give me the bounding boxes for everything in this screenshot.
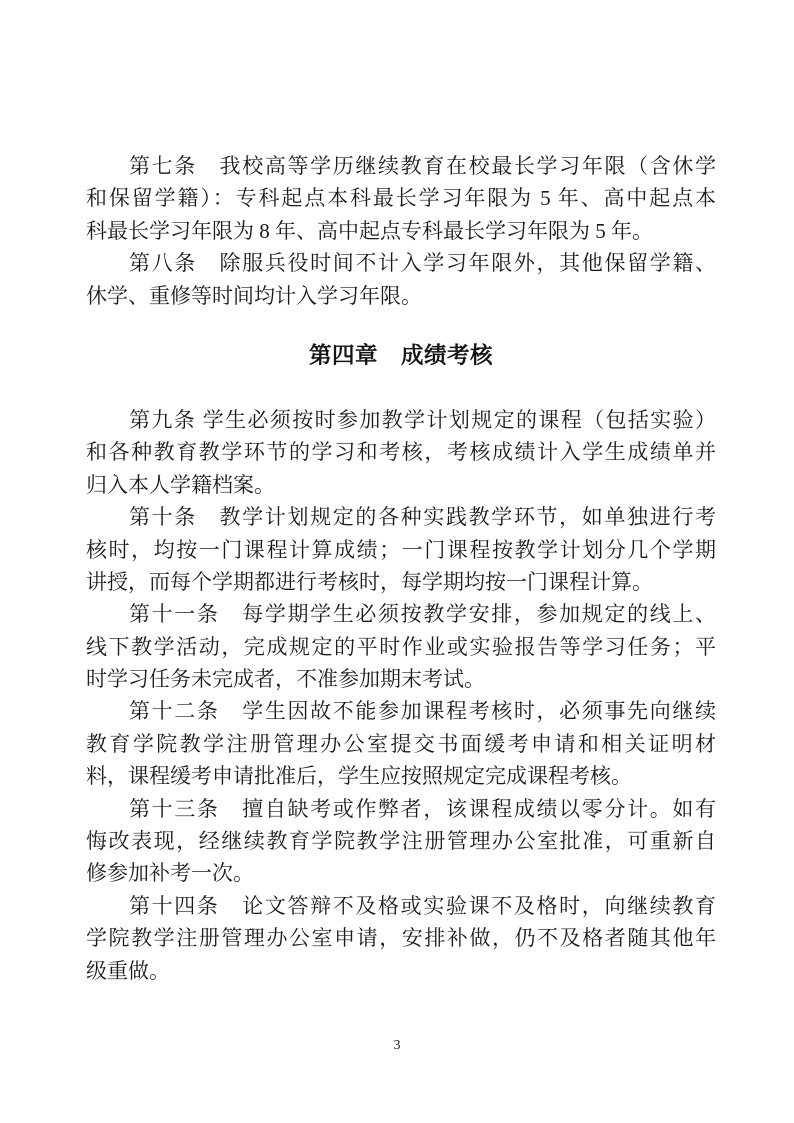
text-line: 悔改表现，经继续教育学院教学注册管理办公室批准，可重新自 xyxy=(86,825,716,857)
document-body: 第七条 我校高等学历继续教育在校最长学习年限（含休学和保留学籍）：专科起点本科最… xyxy=(86,150,716,987)
text-line: 休学、重修等时间均计入学习年限。 xyxy=(86,280,716,312)
text-line: 修参加补考一次。 xyxy=(86,857,716,889)
text-line: 级重做。 xyxy=(86,955,716,987)
text-line: 料，课程缓考申请批准后，学生应按照规定完成课程考核。 xyxy=(86,760,716,792)
text-line: 第九条 学生必须按时参加教学计划规定的课程（包括实验） xyxy=(86,404,716,436)
chapter-4-heading: 第四章 成绩考核 xyxy=(86,339,716,373)
text-line: 和保留学籍）：专科起点本科最长学习年限为 5 年、高中起点本 xyxy=(86,182,716,214)
text-line: 第十四条 论文答辩不及格或实验课不及格时，向继续教育 xyxy=(86,890,716,922)
text-line: 核时，均按一门课程计算成绩；一门课程按教学计划分几个学期 xyxy=(86,534,716,566)
text-line: 第十三条 擅自缺考或作弊者，该课程成绩以零分计。如有 xyxy=(86,793,716,825)
text-line: 教育学院教学注册管理办公室提交书面缓考申请和相关证明材 xyxy=(86,728,716,760)
text-line: 时学习任务未完成者，不准参加期末考试。 xyxy=(86,663,716,695)
text-line: 和各种教育教学环节的学习和考核，考核成绩计入学生成绩单并 xyxy=(86,436,716,468)
text-line: 学院教学注册管理办公室申请，安排补做，仍不及格者随其他年 xyxy=(86,922,716,954)
text-line: 归入本人学籍档案。 xyxy=(86,469,716,501)
text-line: 第八条 除服兵役时间不计入学习年限外，其他保留学籍、 xyxy=(86,247,716,279)
text-line: 科最长学习年限为 8 年、高中起点专科最长学习年限为 5 年。 xyxy=(86,215,716,247)
text-line: 第十二条 学生因故不能参加课程考核时，必须事先向继续 xyxy=(86,695,716,727)
page-number: 3 xyxy=(394,1038,401,1053)
text-line: 讲授，而每个学期都进行考核时，每学期均按一门课程计算。 xyxy=(86,566,716,598)
text-line: 第十一条 每学期学生必须按教学安排，参加规定的线上、 xyxy=(86,598,716,630)
page-footer: 3 xyxy=(0,1036,794,1055)
document-page: 第七条 我校高等学历继续教育在校最长学习年限（含休学和保留学籍）：专科起点本科最… xyxy=(0,0,794,1123)
text-line: 线下教学活动，完成规定的平时作业或实验报告等学习任务；平 xyxy=(86,631,716,663)
text-line: 第十条 教学计划规定的各种实践教学环节，如单独进行考 xyxy=(86,501,716,533)
text-line: 第七条 我校高等学历继续教育在校最长学习年限（含休学 xyxy=(86,150,716,182)
